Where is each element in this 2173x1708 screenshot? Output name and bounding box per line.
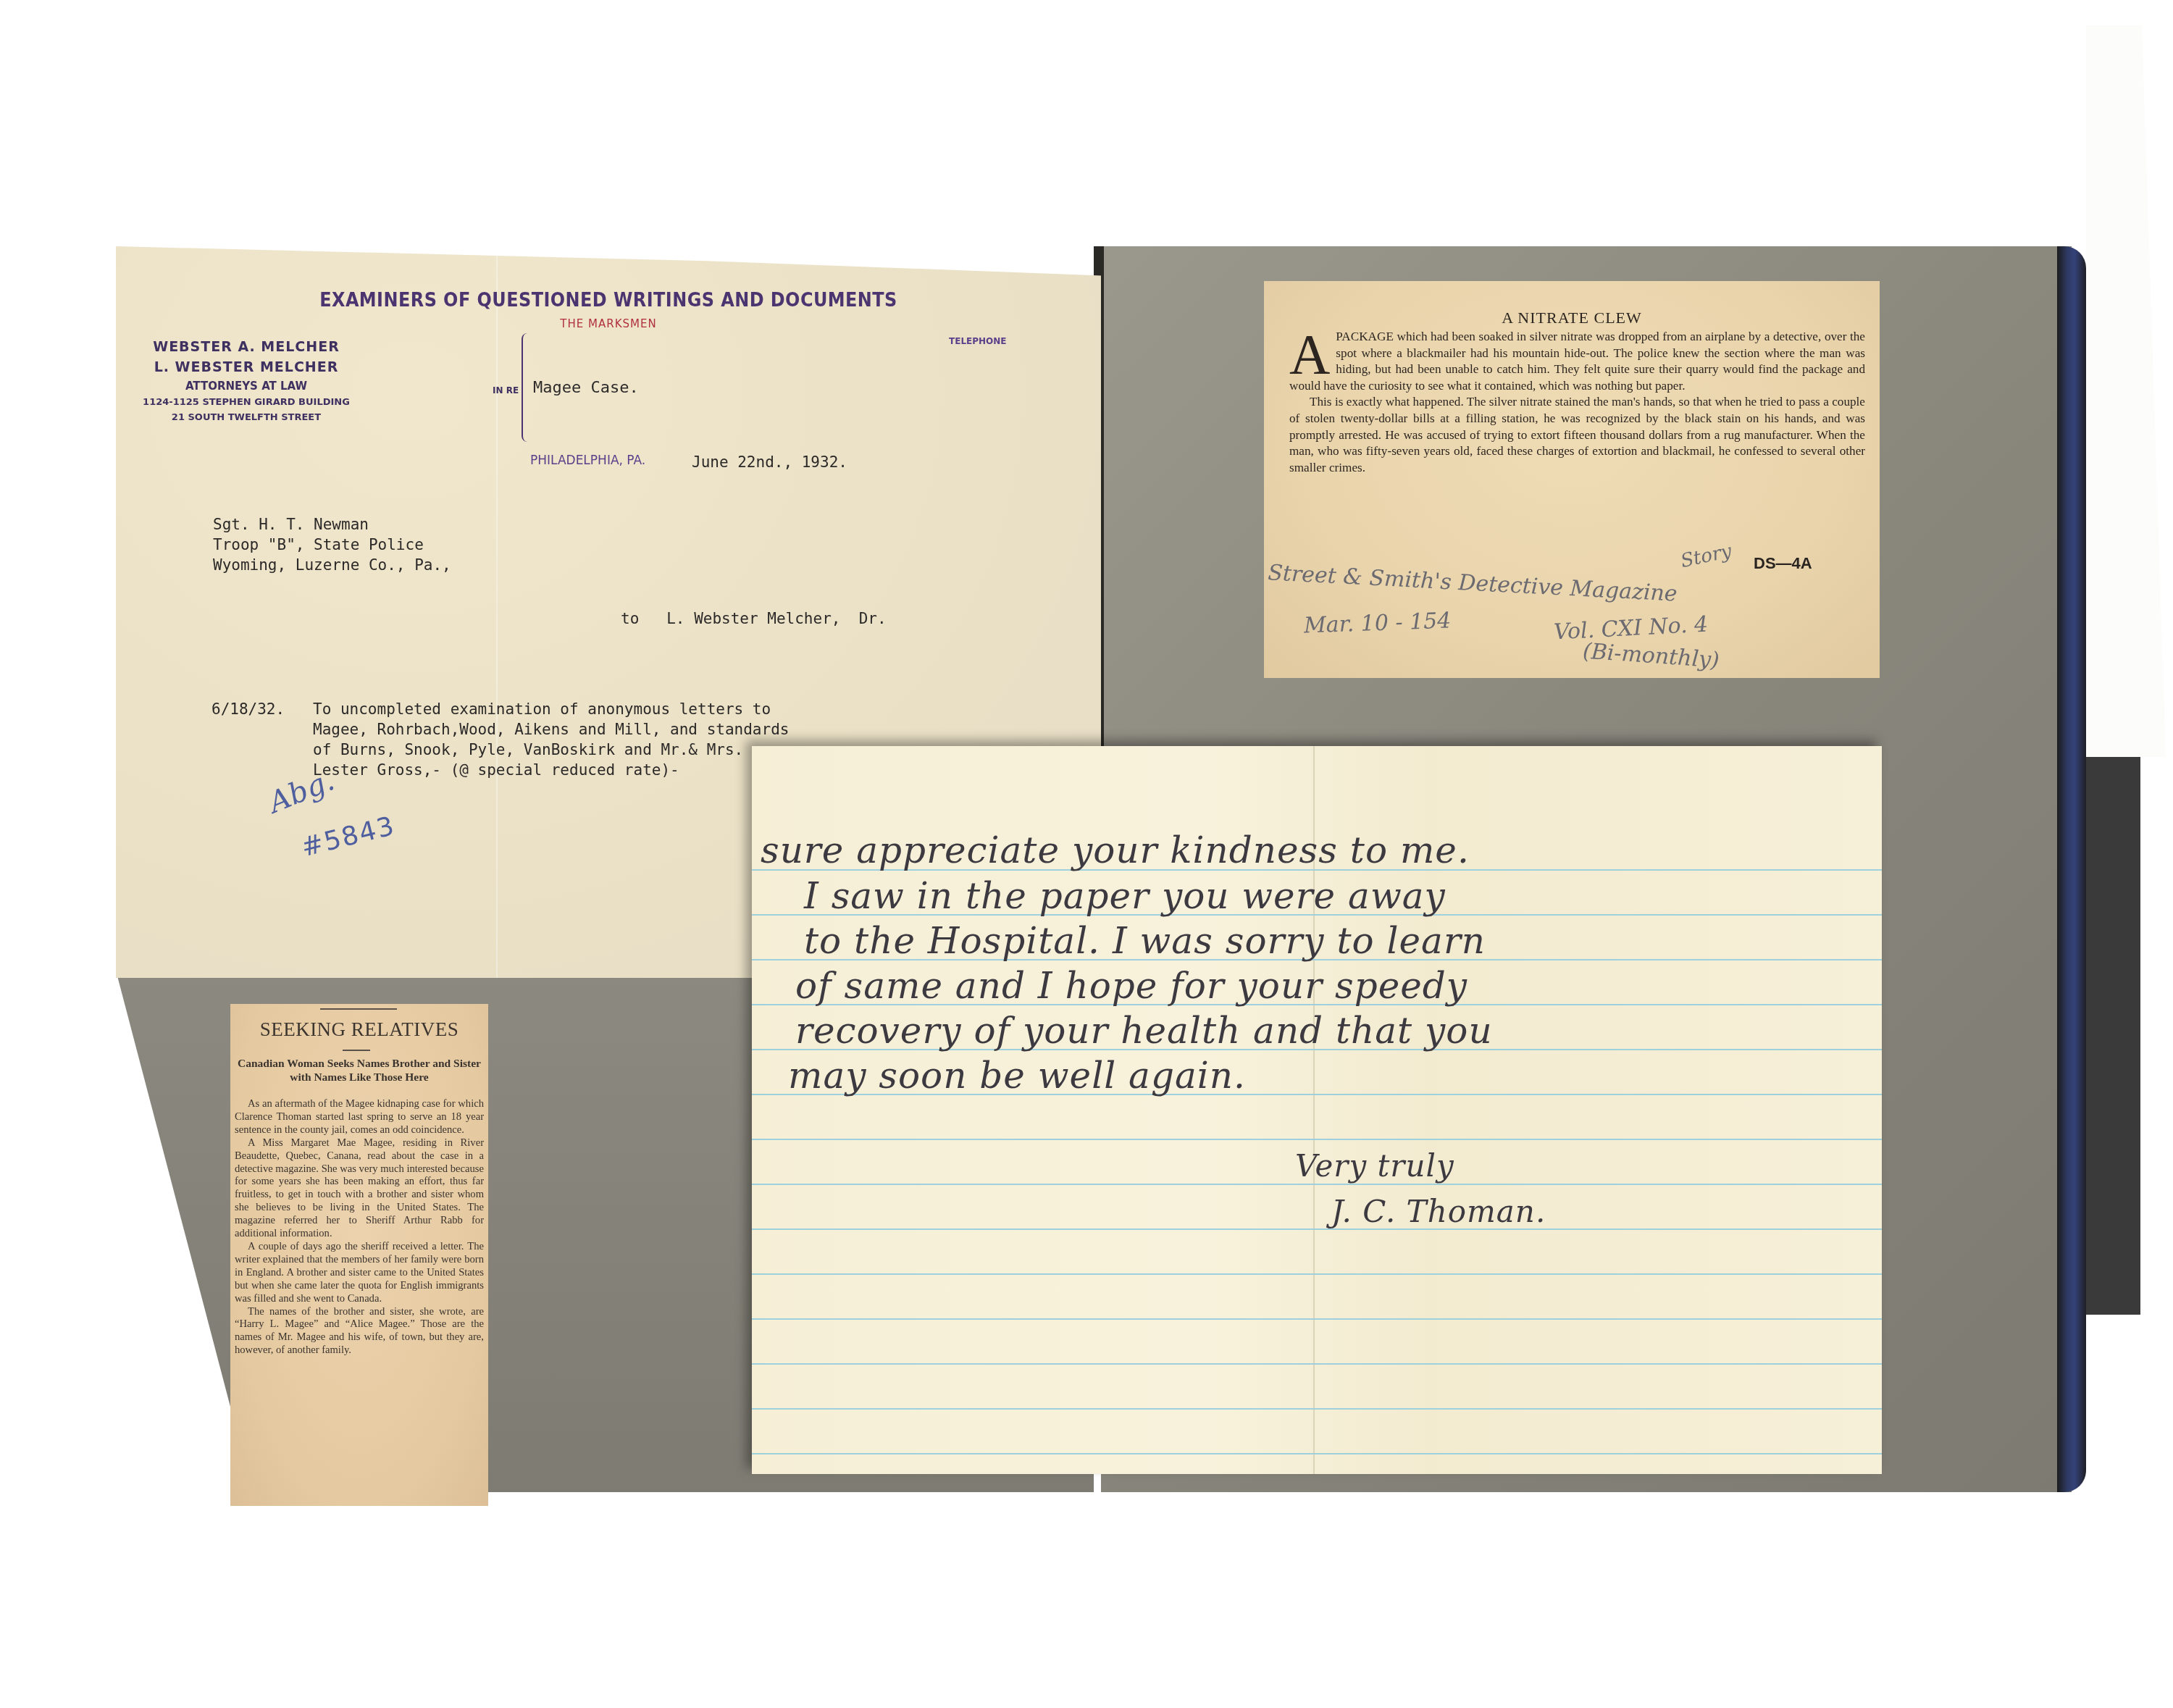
divider <box>343 1050 370 1051</box>
handwritten-annotation: Mar. 10 - 154 <box>1303 608 1451 638</box>
ruled-line <box>752 1228 1882 1230</box>
clipping-title: A NITRATE CLEW <box>1264 309 1880 327</box>
fold-line <box>496 246 498 978</box>
telephone-label: TELEPHONE <box>949 336 1007 346</box>
letterhead-subtitle: THE MARKSMEN <box>282 317 934 330</box>
clipping-paragraph: As an aftermath of the Magee kidnaping c… <box>235 1098 484 1137</box>
handwritten-note: Abg. <box>264 763 339 819</box>
ruled-line <box>752 1453 1882 1454</box>
handwritten-annotation: Street & Smith's Detective Magazine <box>1267 560 1678 607</box>
recipient-address: Sgt. H. T. NewmanTroop "B", State Police… <box>213 514 451 575</box>
letterhead-place: PHILADELPHIA, PA. <box>530 453 645 468</box>
in-re-label: IN RE <box>493 385 519 395</box>
letter-line: of same and I hope for your speedy <box>795 965 1467 1007</box>
firm-name: L. WEBSTER MELCHER <box>116 359 377 375</box>
ruled-line <box>752 1184 1882 1185</box>
clipping-subtitle: Canadian Woman Seeks Names Brother and S… <box>235 1058 484 1084</box>
letter-closing: Very truly <box>1295 1148 1454 1184</box>
clipping-body: APACKAGE which had been soaked in silver… <box>1289 329 1865 476</box>
letter-line: to the Hospital. I was sorry to learn <box>804 920 1486 962</box>
clipping-paragraph: The names of the brother and sister, she… <box>235 1306 484 1358</box>
ruled-line <box>752 1363 1882 1365</box>
firm-address: 1124-1125 STEPHEN GIRARD BUILDING <box>116 397 377 408</box>
divider <box>320 1008 397 1010</box>
letter-signature: J. C. Thoman. <box>1331 1194 1546 1229</box>
recipient-line: Sgt. H. T. Newman <box>213 514 451 535</box>
ruled-line <box>752 1273 1882 1275</box>
letter-line: sure appreciate your kindness to me. <box>761 829 1470 871</box>
album-binding <box>2057 246 2086 1492</box>
billed-to-line: to L. Webster Melcher, Dr. <box>621 608 887 629</box>
clipping-title: SEEKING RELATIVES <box>230 1018 488 1041</box>
letterhead-title: EXAMINERS OF QUESTIONED WRITINGS AND DOC… <box>309 290 908 311</box>
firm-profession: ATTORNEYS AT LAW <box>116 380 377 393</box>
clipping-paragraph: A Miss Margaret Mae Magee, residing in R… <box>235 1137 484 1241</box>
clipping-paragraph: A couple of days ago the sheriff receive… <box>235 1241 484 1306</box>
drop-cap: A <box>1289 332 1330 377</box>
handwritten-annotation: (Bi-monthly) <box>1582 638 1720 673</box>
handwritten-annotation: Story <box>1679 540 1734 572</box>
brace-icon <box>522 333 529 442</box>
ruled-line <box>752 1318 1882 1320</box>
recipient-line: Troop "B", State Police <box>213 535 451 555</box>
clipping-paragraph: This is exactly what happened. The silve… <box>1289 394 1865 476</box>
clipping-code: DS—4A <box>1754 554 1812 573</box>
clipping-paragraph: PACKAGE which had been soaked in silver … <box>1289 330 1865 393</box>
in-re-value: Magee Case. <box>533 379 639 397</box>
handwritten-annotation: Vol. CXI No. 4 <box>1553 611 1709 645</box>
ruled-line <box>752 1139 1882 1140</box>
letter-line: recovery of your health and that you <box>795 1010 1493 1052</box>
ruled-line <box>752 1408 1882 1410</box>
album-board <box>2086 757 2140 1315</box>
recipient-line: Wyoming, Luzerne Co., Pa., <box>213 555 451 575</box>
firm-name: WEBSTER A. MELCHER <box>116 339 377 355</box>
letter-line: I saw in the paper you were away <box>804 875 1446 917</box>
seeking-relatives-clipping: SEEKING RELATIVES Canadian Woman Seeks N… <box>230 1004 488 1506</box>
handwritten-letter: sure appreciate your kindness to me. I s… <box>752 746 1882 1474</box>
letter-line: may soon be well again. <box>788 1055 1246 1097</box>
handwritten-number: #5843 <box>298 811 398 863</box>
letterhead-firm: WEBSTER A. MELCHER L. WEBSTER MELCHER AT… <box>116 335 377 427</box>
clipping-body: As an aftermath of the Magee kidnaping c… <box>235 1098 484 1357</box>
nitrate-clipping: A NITRATE CLEW APACKAGE which had been s… <box>1264 281 1880 678</box>
letter-date: June 22nd., 1932. <box>692 452 847 472</box>
entry-description: To uncompleted examination of anonymous … <box>313 699 789 780</box>
page-tab <box>2086 25 2166 757</box>
firm-address: 21 SOUTH TWELFTH STREET <box>116 412 377 423</box>
entry-date: 6/18/32. <box>212 699 285 719</box>
